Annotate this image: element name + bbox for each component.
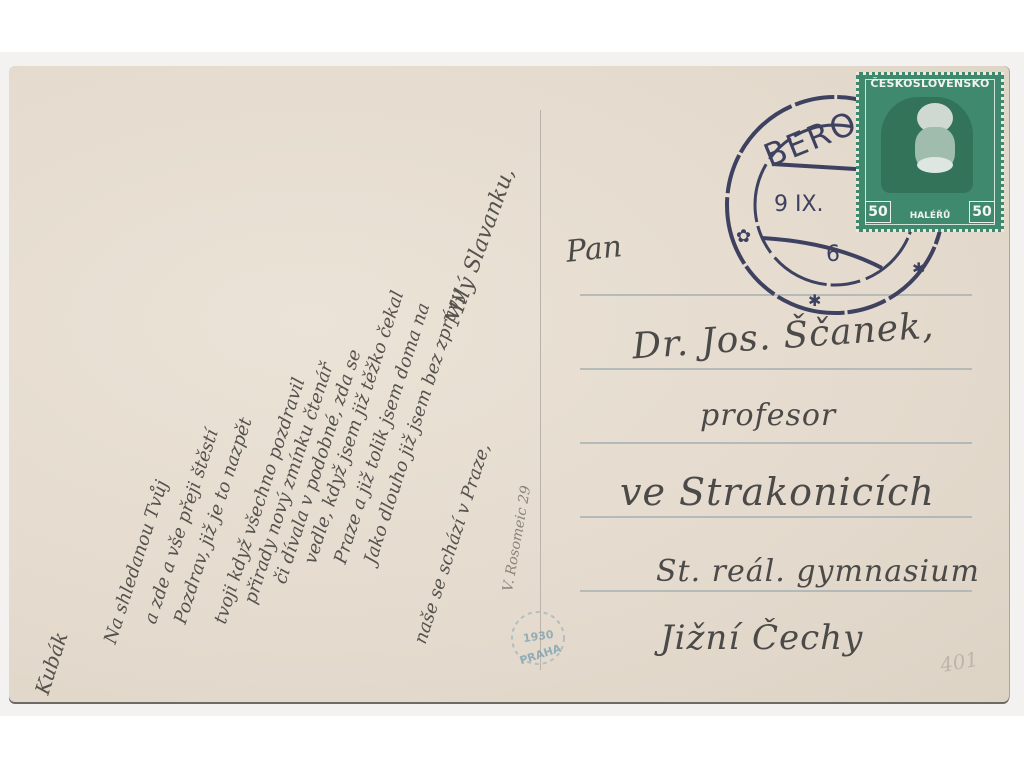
stamp-country: ČESKOSLOVENSKO	[859, 77, 1001, 90]
postage-stamp: ČESKOSLOVENSKO 50 HALÉŘŮ 50	[856, 72, 1004, 232]
address-rule	[580, 516, 972, 518]
address-rule	[580, 442, 972, 444]
address-city: ve Strakonicích	[620, 470, 935, 514]
address-rule	[580, 590, 972, 592]
postmark-date: 9 IX.	[774, 192, 824, 217]
address-rule	[580, 368, 972, 370]
address-region: Jižní Čechy	[660, 618, 863, 658]
stamp-portrait-icon	[881, 97, 973, 193]
svg-text:✿: ✿	[736, 226, 751, 247]
backstamp: 1930 PRAHA	[505, 608, 571, 668]
address-salutation: Pan	[564, 229, 623, 270]
postmark-number: 6	[826, 242, 840, 267]
svg-text:✱: ✱	[912, 259, 925, 278]
stamp-value-left: 50	[865, 201, 891, 223]
stamp-value-right: 50	[969, 201, 995, 223]
message-address-divider	[540, 110, 541, 670]
stamp-unit: HALÉŘŮ	[893, 211, 967, 221]
svg-text:✱: ✱	[808, 291, 821, 310]
address-institution: St. reál. gymnasium	[656, 554, 980, 589]
address-title: profesor	[700, 398, 836, 433]
